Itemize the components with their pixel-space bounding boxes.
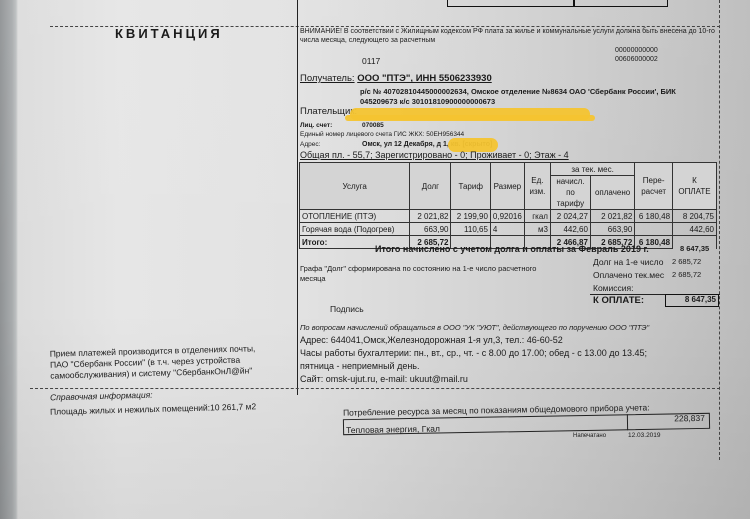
account-value: 070085 — [362, 122, 384, 129]
col-recalc: Пере-расчет — [635, 163, 673, 210]
cell-debt: 663,90 — [410, 223, 451, 236]
code-right-1: 00000000000 — [615, 47, 658, 54]
cut-line-right — [719, 0, 720, 460]
work-hours-1: Часы работы бухгалтерии: пн., вт., ср., … — [300, 348, 647, 358]
top-to-pay-box — [447, 0, 574, 7]
cell-charged: 442,60 — [550, 223, 590, 236]
cell-recalc: 6 180,48 — [635, 210, 673, 223]
property-info: Общая пл. - 55,7; Зарегистрировано - 0; … — [300, 150, 569, 160]
reference-label: Справочная информация: — [50, 390, 153, 403]
consumption-value: 228,837 — [674, 413, 705, 424]
col-current-month: за тек. мес. — [550, 163, 634, 176]
col-to-pay: К ОПЛАТЕ — [673, 163, 717, 210]
col-debt: Долг — [410, 163, 451, 210]
cell-recalc — [635, 223, 673, 236]
recipient-name: ООО "ПТЭ", ИНН 5506233930 — [357, 73, 492, 84]
col-tariff: Тариф — [451, 163, 490, 210]
cell-paid: 663,90 — [590, 223, 634, 236]
code-left: 0117 — [362, 56, 380, 66]
consumption-resource: Тепловая энергия, Гкал — [346, 424, 440, 436]
gis-account-number: Единый номер лицевого счета ГИС ЖКХ: 50Е… — [300, 131, 464, 138]
site-email: Сайт: omsk-ujut.ru, e-mail: ukuut@mail.r… — [300, 374, 468, 384]
to-pay-value: 8 647,35 — [665, 294, 719, 307]
debt-first-value: 2 685,72 — [672, 257, 701, 266]
cell-charged: 2 024,27 — [550, 210, 590, 223]
commission-label: Комиссия: — [593, 283, 633, 293]
cell-to-pay: 442,60 — [673, 223, 717, 236]
cell-size: 0,92016 — [490, 210, 524, 223]
paid-current-label: Оплачено тек.мес — [593, 270, 664, 280]
grand-total-value: 8 647,35 — [680, 244, 709, 253]
col-charged: начисл. по тарифу — [550, 176, 590, 210]
signature-label: Подпись — [330, 304, 364, 314]
cut-line-bottom — [30, 388, 720, 389]
bank-details-line-1: р/с № 40702810445000002634, Омское отдел… — [360, 87, 676, 96]
cell-service: ОТОПЛЕНИЕ (ПТЭ) — [300, 210, 410, 223]
cell-service: Горячая вода (Подогрев) — [300, 223, 410, 236]
work-hours-2: пятница - неприемный день. — [300, 361, 419, 371]
cell-tariff: 2 199,90 — [451, 210, 490, 223]
bank-details-line-2: 045209673 к/с 30101810900000000673 — [360, 97, 495, 106]
to-pay-label: К ОПЛАТЕ: — [593, 295, 644, 306]
cell-unit: м3 — [524, 223, 550, 236]
cell-unit: гкал — [524, 210, 550, 223]
printed-label: Напечатано — [573, 433, 606, 439]
debt-first-label: Долг на 1-е число — [593, 257, 663, 267]
account-label: Лиц. счет: — [300, 122, 332, 129]
payment-deadline-notice: ВНИМАНИЕ! В соответствии с Жилищным коде… — [300, 27, 718, 45]
services-table: Услуга Долг Тариф Размер Ед. изм. за тек… — [299, 162, 717, 249]
document-title: КВИТАНЦИЯ — [115, 26, 223, 41]
recipient-block: Получатель: ООО "ПТЭ", ИНН 5506233930 — [300, 73, 492, 84]
table-row: ОТОПЛЕНИЕ (ПТЭ) 2 021,82 2 199,90 0,9201… — [300, 210, 717, 223]
account-redaction — [345, 115, 595, 121]
code-right-2: 00606000002 — [615, 56, 658, 63]
col-size: Размер — [490, 163, 524, 210]
cell-paid: 2 021,82 — [590, 210, 634, 223]
payment-note: Прием платежей производится в отделениях… — [50, 343, 256, 381]
printed-date: 12.03.2019 — [628, 432, 661, 439]
debt-note: Графа "Долг" сформирована по состоянию н… — [300, 264, 540, 284]
divider-vertical — [297, 0, 298, 395]
col-paid: оплачено — [590, 176, 634, 210]
consumption-divider — [627, 414, 628, 430]
col-service: Услуга — [300, 163, 410, 210]
col-unit: Ед. изм. — [524, 163, 550, 210]
paid-current-value: 2 685,72 — [672, 270, 701, 279]
cell-debt: 2 021,82 — [410, 210, 451, 223]
grand-total-label: Итого начислено с учетом долга и оплаты … — [375, 244, 649, 254]
cell-tariff: 110,65 — [451, 223, 490, 236]
table-row: Горячая вода (Подогрев) 663,90 110,65 4 … — [300, 223, 717, 236]
top-to-pay-value-box — [574, 0, 668, 7]
area-info: Площадь жилых и нежилых помещений:10 261… — [50, 401, 256, 416]
inquiry-note: По вопросам начислений обращаться в ООО … — [300, 323, 649, 332]
address-label: Адрес: — [300, 141, 320, 148]
cell-to-pay: 8 204,75 — [673, 210, 717, 223]
cell-size: 4 — [490, 223, 524, 236]
contact-address: Адрес: 644041,Омск,Железнодорожная 1-я у… — [300, 335, 563, 345]
recipient-label: Получатель: — [300, 73, 355, 84]
